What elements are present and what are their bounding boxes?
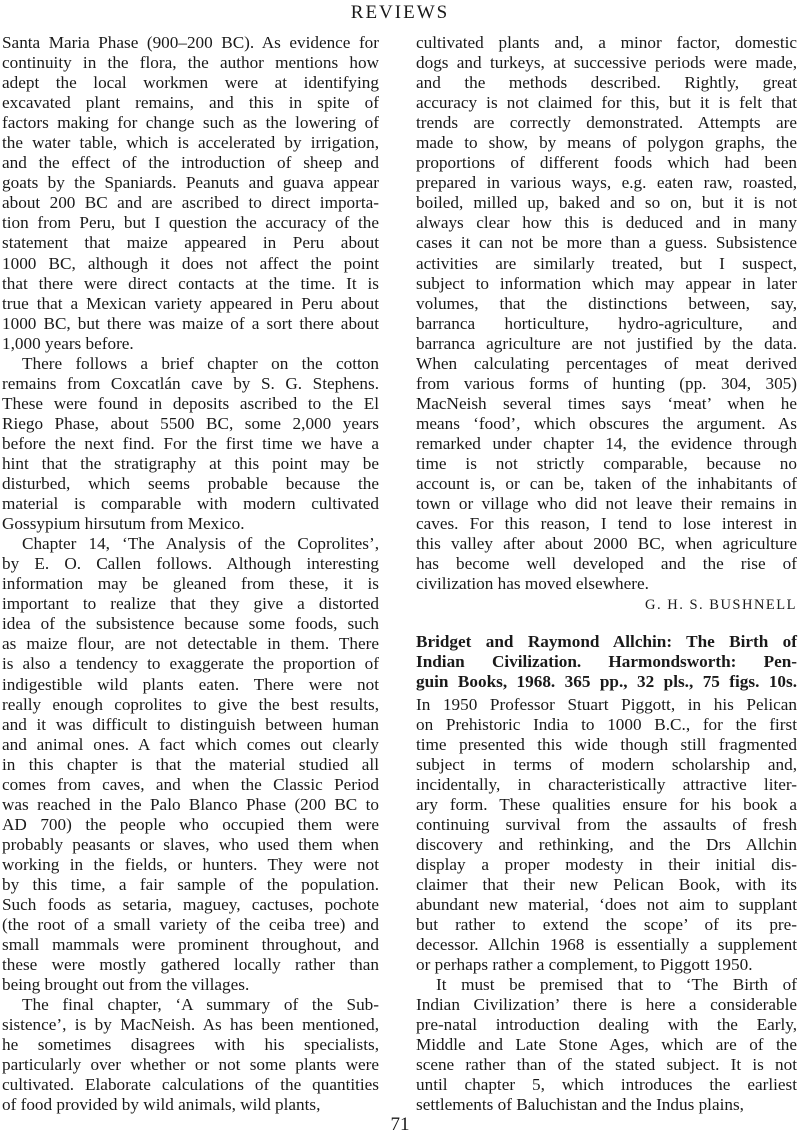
text-line: dogs and turkeys, at successive periods … [416,53,797,73]
text-line: scene rather than of the stated subject.… [416,1055,797,1075]
text-line: abundant new material, ‘does not aim to … [416,895,797,915]
text-line: display a proper modesty in their initia… [416,855,797,875]
text-line: small mammals were prominent throughout,… [2,935,379,955]
text-line: settlements of Baluchistan and the Indus… [416,1095,797,1115]
text-line: discovery and rethinking, and the Drs Al… [416,835,797,855]
text-line: this valley after about 2000 BC, when ag… [416,534,797,554]
text-line: sistence’, is by MacNeish. As has been m… [2,1015,379,1035]
text-line: was reached in the Palo Blanco Phase (20… [2,795,379,815]
text-line: Santa Maria Phase (900–200 BC). As evide… [2,33,379,53]
text-line: When calculating percentages of meat der… [416,354,797,374]
text-line: Riego Phase, about 5500 BC, some 2,000 y… [2,414,379,434]
text-line: claimer that their new Pelican Book, wit… [416,875,797,895]
text-line: and the methods described. Rightly, grea… [416,73,797,93]
page-number: 71 [0,1114,800,1136]
text-line: Indian Civilization’ there is here a con… [416,995,797,1015]
text-line: 1000 BC, although it does not affect the… [2,254,379,274]
text-line: (the root of a small variety of the ceib… [2,915,379,935]
text-line: caves. For this reason, I tend to lose i… [416,514,797,534]
text-line: means ‘food’, which obscures the argumen… [416,414,797,434]
text-line: decessor. Allchin 1968 is essentially a … [416,935,797,955]
text-line: 1000 BC, but there was maize of a sort t… [2,314,379,334]
text-line: proportions of different foods which had… [416,153,797,173]
text-line: material is comparable with modern culti… [2,494,379,514]
text-line: Such foods as setaria, maguey, cactuses,… [2,895,379,915]
review-continuation: cultivated plants and, a minor factor, d… [416,33,797,594]
text-line: comes from caves, and when the Classic P… [2,775,379,795]
text-line: AD 700) the people who occupied them wer… [2,815,379,835]
text-line: these were mostly gathered locally rathe… [2,955,379,975]
text-line: is also a tendency to exaggerate the pro… [2,654,379,674]
text-line: has become well developed and the rise o… [416,554,797,574]
text-line: MacNeish several times says ‘meat’ when … [416,394,797,414]
text-line: information may be gleaned from these, i… [2,574,379,594]
text-line: barranca horticulture, hydro-agriculture… [416,314,797,334]
text-line: It must be premised that to ‘The Birth o… [416,975,797,995]
section-gap [416,615,797,632]
text-line: trends are correctly demonstrated. Attem… [416,113,797,133]
text-line: as maize flour, are not detectable in th… [2,634,379,654]
text-line: incidentally, in characteristically attr… [416,775,797,795]
review-heading-line: Bridget and Raymond Allchin: The Birth o… [416,632,797,652]
text-line: that there were direct contacts at the t… [2,274,379,294]
text-line: Gossypium hirsutum from Mexico. [2,514,379,534]
text-line: disturbed, which seems probable because … [2,474,379,494]
text-line: volumes, that the distinctions between, … [416,294,797,314]
text-line: indigestible wild plants eaten. There we… [2,675,379,695]
text-line: made to show, by means of polygon graphs… [416,133,797,153]
review-heading-line: Indian Civilization. Harmondsworth: Pen- [416,652,797,672]
text-line: until chapter 5, which introduces the ea… [416,1075,797,1095]
text-line: and animal ones. A fact which comes out … [2,735,379,755]
text-line: working in the fields, or hunters. They … [2,855,379,875]
text-line: account is, or can be, taken of the inha… [416,474,797,494]
text-line: continuity in the flora, the author ment… [2,53,379,73]
text-line: about 200 BC and are ascribed to direct … [2,193,379,213]
text-line: time presented this wide though still fr… [416,735,797,755]
text-line: town or village who did not leave their … [416,494,797,514]
review-heading: Bridget and Raymond Allchin: The Birth o… [416,632,797,692]
text-line: by this time, a fair sample of the popul… [2,875,379,895]
text-line: or perhaps rather a complement, to Piggo… [416,955,797,975]
text-line: pre-natal introduction dealing with the … [416,1015,797,1035]
running-head: REVIEWS [0,2,800,24]
text-line: by E. O. Callen follows. Although intere… [2,554,379,574]
text-line: goats by the Spaniards. Peanuts and guav… [2,173,379,193]
review-heading-line: guin Books, 1968. 365 pp., 32 pls., 75 f… [416,672,797,692]
text-line: always clear how this is deduced and in … [416,213,797,233]
text-line: civilization has moved elsewhere. [416,574,797,594]
text-line: but rather to extend the scope’ of its p… [416,915,797,935]
text-line: cultivated. Elaborate calculations of th… [2,1075,379,1095]
text-line: continuing survival from the assaults of… [416,815,797,835]
text-line: Chapter 14, ‘The Analysis of the Coproli… [2,534,379,554]
right-column: cultivated plants and, a minor factor, d… [416,33,797,1115]
text-line: true that a Mexican variety appeared in … [2,294,379,314]
text-line: remarked under chapter 14, the evidence … [416,434,797,454]
text-line: prepared in various ways, e.g. eaten raw… [416,173,797,193]
text-line: the water table, which is accelerated by… [2,133,379,153]
text-line: time is not strictly comparable, because… [416,454,797,474]
text-line: factors making for change such as the lo… [2,113,379,133]
text-line: These were found in deposits ascribed to… [2,394,379,414]
review-body: In 1950 Professor Stuart Piggott, in his… [416,695,797,1116]
text-line: activities are similarly treated, but I … [416,254,797,274]
text-line: The final chapter, ‘A summary of the Sub… [2,995,379,1015]
left-column: Santa Maria Phase (900–200 BC). As evide… [2,33,379,1116]
text-line: subject to information which may appear … [416,274,797,294]
text-line: on Prehistoric India to 1000 B.C., for t… [416,715,797,735]
text-line: of food provided by wild animals, wild p… [2,1095,379,1115]
text-line: really enough coprolites to give the bes… [2,695,379,715]
text-line: and the effect of the introduction of sh… [2,153,379,173]
text-line: and it was difficult to distinguish betw… [2,715,379,735]
text-line: cases it can not be more than a guess. S… [416,233,797,253]
text-line: probably peasants or slaves, who used th… [2,835,379,855]
text-line: remains from Coxcatlán cave by S. G. Ste… [2,374,379,394]
text-line: statement that maize appeared in Peru ab… [2,233,379,253]
text-line: tion from Peru, but I question the accur… [2,213,379,233]
text-line: barranca agriculture are not justified b… [416,334,797,354]
text-line: excavated plant remains, and this in spi… [2,93,379,113]
text-line: particularly over whether or not some pl… [2,1055,379,1075]
text-line: 1,000 years before. [2,334,379,354]
text-line: Middle and Late Stone Ages, which are of… [416,1035,797,1055]
text-line: accuracy is not claimed for this, but it… [416,93,797,113]
text-line: in this chapter is that the material stu… [2,755,379,775]
text-line: hint that the stratigraphy at this point… [2,454,379,474]
text-line: being brought out from the villages. [2,975,379,995]
text-line: adept the local workmen were at identify… [2,73,379,93]
text-line: he sometimes disagrees with his speciali… [2,1035,379,1055]
text-line: boiled, milled up, baked and so on, but … [416,193,797,213]
reviewer-signature: G. H. S. BUSHNELL [416,595,797,615]
text-line: ary form. These qualities ensure for his… [416,795,797,815]
text-line: from various forms of hunting (pp. 304, … [416,374,797,394]
text-line: idea of the subsistence because some foo… [2,614,379,634]
text-line: In 1950 Professor Stuart Piggott, in his… [416,695,797,715]
text-line: There follows a brief chapter on the cot… [2,354,379,374]
text-line: subject in terms of modern scholarship a… [416,755,797,775]
text-line: before the next find. For the first time… [2,434,379,454]
text-line: cultivated plants and, a minor factor, d… [416,33,797,53]
text-line: important to realize that they give a di… [2,594,379,614]
